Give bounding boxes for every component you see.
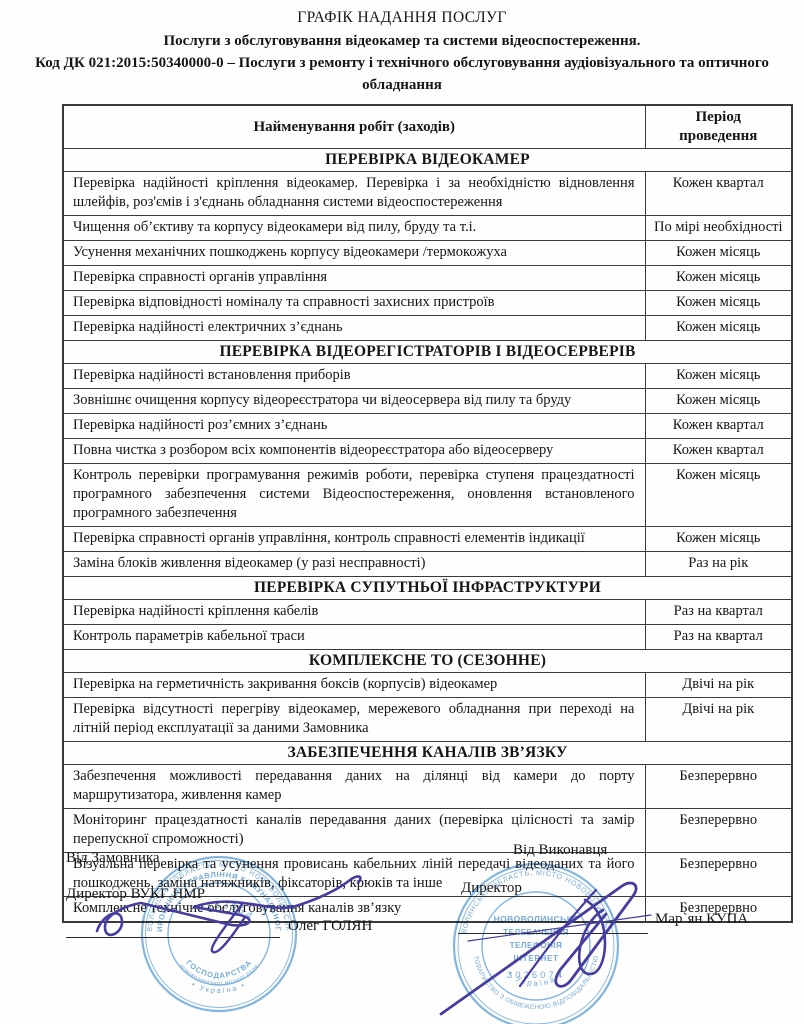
svg-text:ВОЛИНСЬКА ОБЛАСТЬ, МІСТО НОВОВ: ВОЛИНСЬКА ОБЛАСТЬ, МІСТО НОВОВОЛИНСЬК	[459, 868, 613, 934]
table-row: Перевірка відповідності номіналу та спра…	[63, 291, 792, 316]
section-title: ПЕРЕВІРКА ВІДЕОКАМЕР	[63, 149, 792, 172]
table-row: Усунення механічних пошкоджень корпусу в…	[63, 241, 792, 266]
section-title: ПЕРЕВІРКА СУПУТНЬОЇ ІНФРАСТРУКТУРИ	[63, 577, 792, 600]
section-header-row: ПЕРЕВІРКА ВІДЕОКАМЕР	[63, 149, 792, 172]
work-cell: Перевірка надійності кріплення кабелів	[63, 600, 645, 625]
table-row: Перевірка справності органів управлінняК…	[63, 266, 792, 291]
table-row: Перевірка надійності встановлення прибор…	[63, 364, 792, 389]
period-cell: Двічі на рік	[645, 698, 792, 742]
work-cell: Перевірка відповідності номіналу та спра…	[63, 291, 645, 316]
table-row: Заміна блоків живлення відеокамер (у раз…	[63, 552, 792, 577]
customer-name: Олег ГОЛЯН	[288, 918, 372, 935]
work-cell: Контроль перевірки програмування режимів…	[63, 464, 645, 527]
table-row: Перевірка надійності кріплення кабелівРа…	[63, 600, 792, 625]
contractor-stamp-outer-top-text: ВОЛИНСЬКА ОБЛАСТЬ, МІСТО НОВОВОЛИНСЬК	[459, 868, 613, 934]
table-row: Зовнішнє очищення корпусу відеореєстрато…	[63, 389, 792, 414]
contractor-position: Директор	[461, 880, 522, 897]
table-row: Перевірка надійності електричних з’єднан…	[63, 316, 792, 341]
page-title: ГРАФІК НАДАННЯ ПОСЛУГ	[0, 8, 804, 28]
period-cell: Кожен місяць	[645, 291, 792, 316]
document-page: ГРАФІК НАДАННЯ ПОСЛУГ Послуги з обслугов…	[0, 0, 804, 1024]
table-row: Чищення об’єктиву та корпусу відеокамери…	[63, 216, 792, 241]
work-cell: Перевірка надійності роз’ємних з’єднань	[63, 414, 645, 439]
table-row: Моніторинг працездатності каналів переда…	[63, 809, 792, 853]
table-row: Забезпечення можливості передавання дани…	[63, 765, 792, 809]
table-header-row: Найменування робіт (заходів) Період пров…	[63, 105, 792, 149]
period-cell: Двічі на рік	[645, 673, 792, 698]
section-title: ПЕРЕВІРКА ВІДЕОРЕГІСТРАТОРІВ І ВІДЕОСЕРВ…	[63, 341, 792, 364]
column-header-period: Період проведення	[645, 105, 792, 149]
svg-text:0333934: 0333934	[196, 900, 256, 923]
work-cell: Усунення механічних пошкоджень корпусу в…	[63, 241, 645, 266]
period-cell: Кожен місяць	[645, 266, 792, 291]
section-header-row: КОМПЛЕКСНЕ ТО (СЕЗОННЕ)	[63, 650, 792, 673]
work-cell: Чищення об’єктиву та корпусу відеокамери…	[63, 216, 645, 241]
period-cell: Кожен квартал	[645, 414, 792, 439]
period-cell: Кожен місяць	[645, 364, 792, 389]
document-header: ГРАФІК НАДАННЯ ПОСЛУГ Послуги з обслугов…	[0, 0, 804, 96]
work-cell: Зовнішнє очищення корпусу відеореєстрато…	[63, 389, 645, 414]
contractor-signature-line	[458, 933, 648, 934]
document-code-line: Код ДК 021:2015:50340000-0 – Послуги з р…	[34, 52, 770, 96]
customer-party-label: Від Замовника	[66, 850, 160, 867]
work-cell: Перевірка на герметичність закривання бо…	[63, 673, 645, 698]
work-cell: Перевірка справності органів управління	[63, 266, 645, 291]
contractor-name: Мар`ян КУПА	[655, 911, 748, 928]
customer-stamp-code: 0333934	[196, 900, 256, 923]
schedule-table-body: ПЕРЕВІРКА ВІДЕОКАМЕРПеревірка надійності…	[63, 149, 792, 923]
document-subtitle: Послуги з обслуговування відеокамер та с…	[0, 30, 804, 52]
work-cell: Перевірка надійності кріплення відеокаме…	[63, 172, 645, 216]
column-header-work: Найменування робіт (заходів)	[63, 105, 645, 149]
period-cell: Раз на квартал	[645, 600, 792, 625]
table-row: Перевірка відсутності перегріву відеокам…	[63, 698, 792, 742]
contractor-stamp-line-1: НОВОВОЛИНСЬКЕ	[493, 914, 578, 924]
period-cell: Кожен квартал	[645, 172, 792, 216]
period-cell: Безперервно	[645, 765, 792, 809]
section-header-row: ПЕРЕВІРКА СУПУТНЬОЇ ІНФРАСТРУКТУРИ	[63, 577, 792, 600]
work-cell: Перевірка відсутності перегріву відеокам…	[63, 698, 645, 742]
table-row: Перевірка надійності кріплення відеокаме…	[63, 172, 792, 216]
period-cell: Кожен квартал	[645, 439, 792, 464]
section-title: ЗАБЕЗПЕЧЕННЯ КАНАЛІВ ЗВ’ЯЗКУ	[63, 742, 792, 765]
work-cell: Перевірка надійності встановлення прибор…	[63, 364, 645, 389]
table-row: Контроль перевірки програмування режимів…	[63, 464, 792, 527]
work-cell: Перевірка справності органів управління,…	[63, 527, 645, 552]
contractor-stamp-line-4: ІНТЕРНЕТ	[513, 954, 558, 963]
table-row: Перевірка справності органів управління,…	[63, 527, 792, 552]
period-cell: Кожен місяць	[645, 464, 792, 527]
work-cell: Перевірка надійності електричних з’єднан…	[63, 316, 645, 341]
work-cell: Заміна блоків живлення відеокамер (у раз…	[63, 552, 645, 577]
work-cell: Забезпечення можливості передавання дани…	[63, 765, 645, 809]
contractor-party-label: Від Виконавця	[513, 842, 607, 859]
work-cell: Повна чистка з розбором всіх компонентів…	[63, 439, 645, 464]
table-row: Контроль параметрів кабельної трасиРаз н…	[63, 625, 792, 650]
contractor-stamp-code: 3026074	[507, 970, 565, 981]
period-cell: Раз на квартал	[645, 625, 792, 650]
period-cell: Безперервно	[645, 809, 792, 853]
customer-stamp: ВОЛИНСЬКА ОБЛАСТЬ, МІСТО НОВОВОЛИНСЬК • …	[138, 853, 300, 1015]
customer-position: Директор ВУКГ НМР	[66, 886, 205, 903]
section-title: КОМПЛЕКСНЕ ТО (СЕЗОННЕ)	[63, 650, 792, 673]
schedule-table: Найменування робіт (заходів) Період пров…	[62, 104, 793, 923]
table-row: Перевірка надійності роз’ємних з’єднаньК…	[63, 414, 792, 439]
period-cell: Кожен місяць	[645, 389, 792, 414]
section-header-row: ПЕРЕВІРКА ВІДЕОРЕГІСТРАТОРІВ І ВІДЕОСЕРВ…	[63, 341, 792, 364]
period-cell: Кожен місяць	[645, 527, 792, 552]
work-cell: Контроль параметрів кабельної траси	[63, 625, 645, 650]
section-header-row: ЗАБЕЗПЕЧЕННЯ КАНАЛІВ ЗВ’ЯЗКУ	[63, 742, 792, 765]
customer-signature-line	[66, 937, 280, 938]
table-row: Повна чистка з розбором всіх компонентів…	[63, 439, 792, 464]
period-cell: По мірі необхідності	[645, 216, 792, 241]
period-cell: Раз на рік	[645, 552, 792, 577]
period-cell: Безперервно	[645, 853, 792, 897]
period-cell: Кожен місяць	[645, 241, 792, 266]
period-cell: Кожен місяць	[645, 316, 792, 341]
contractor-stamp-line-3: ТЕЛЕФОНІЯ	[510, 941, 563, 950]
table-row: Перевірка на герметичність закривання бо…	[63, 673, 792, 698]
